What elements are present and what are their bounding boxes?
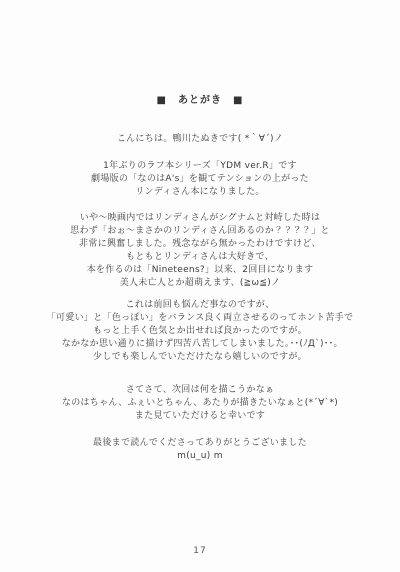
- afterword-page: ■ あとがき ■ こんにちは。鴨川たぬきです( *｀∀´)ノ 1年ぶりのラフ本シ…: [0, 0, 400, 572]
- text-line: リンディさん本になりました。: [0, 186, 400, 199]
- text-line: なのはちゃん、ふぇいとちゃん、あたりが描きたいなぁと(*´∀`*): [0, 397, 400, 410]
- paragraph-greeting: こんにちは。鴨川たぬきです( *｀∀´)ノ: [0, 133, 400, 146]
- text-line: 本を作るのは「Nineteens?」以来、2回目になります: [0, 264, 400, 277]
- text-line: なかなか思い通りに描けず四苦八苦してしまいました｡･･(ﾉД`)･･｡: [0, 338, 400, 351]
- text-line: 劇場版の「なのはA's」を観てテンションの上がった: [0, 173, 400, 186]
- text-line: いや～映画内ではリンディさんがシグナムと対峙した時は: [0, 212, 400, 225]
- text-line: また見ていただけると幸いです: [0, 410, 400, 423]
- paragraph-intro: 1年ぶりのラフ本シリーズ「YDM ver.R」です 劇場版の「なのはA's」を観…: [0, 160, 400, 199]
- text-line: もっと上手く色気とか出せれば良かったのですが。: [0, 325, 400, 338]
- text-line: これは前回も悩んだ事なのですが、: [0, 299, 400, 312]
- text-line: m(u_u) m: [0, 450, 400, 463]
- paragraph-next-time: さてさて、次回は何を描こうかなぁ なのはちゃん、ふぇいとちゃん、あたりが描きたい…: [0, 384, 400, 423]
- text-line: 少しでも楽しんでいただけたなら嬉しいのですが。: [0, 351, 400, 364]
- text-line: 美人未亡人とか超萌えます、(≧ω≦)ノ: [0, 277, 400, 290]
- text-line: 「可愛い」と「色っぽい」をバランス良く両立させるのってホント苦手で: [0, 312, 400, 325]
- afterword-content: ■ あとがき ■ こんにちは。鴨川たぬきです( *｀∀´)ノ 1年ぶりのラフ本シ…: [0, 0, 400, 463]
- paragraph-movie: いや～映画内ではリンディさんがシグナムと対峙した時は 思わず「おぉ～まさかのリン…: [0, 212, 400, 290]
- text-line: 1年ぶりのラフ本シリーズ「YDM ver.R」です: [0, 160, 400, 173]
- text-line: 最後まで読んでくださってありがとうございました: [0, 437, 400, 450]
- text-line: こんにちは。鴨川たぬきです( *｀∀´)ノ: [0, 133, 400, 146]
- text-line: 非常に興奮しました。残念ながら無かったわけですけど、: [0, 238, 400, 251]
- text-line: もともとリンディさんは大好きで、: [0, 251, 400, 264]
- text-line: 思わず「おぉ～まさかのリンディさん回あるのか？？？？」と: [0, 225, 400, 238]
- text-line: さてさて、次回は何を描こうかなぁ: [0, 384, 400, 397]
- page-number: 17: [0, 546, 400, 556]
- paragraph-thanks: 最後まで読んでくださってありがとうございました m(u_u) m: [0, 437, 400, 463]
- afterword-title: ■ あとがき ■: [0, 94, 400, 107]
- paragraph-balance: これは前回も悩んだ事なのですが、 「可愛い」と「色っぽい」をバランス良く両立させ…: [0, 299, 400, 364]
